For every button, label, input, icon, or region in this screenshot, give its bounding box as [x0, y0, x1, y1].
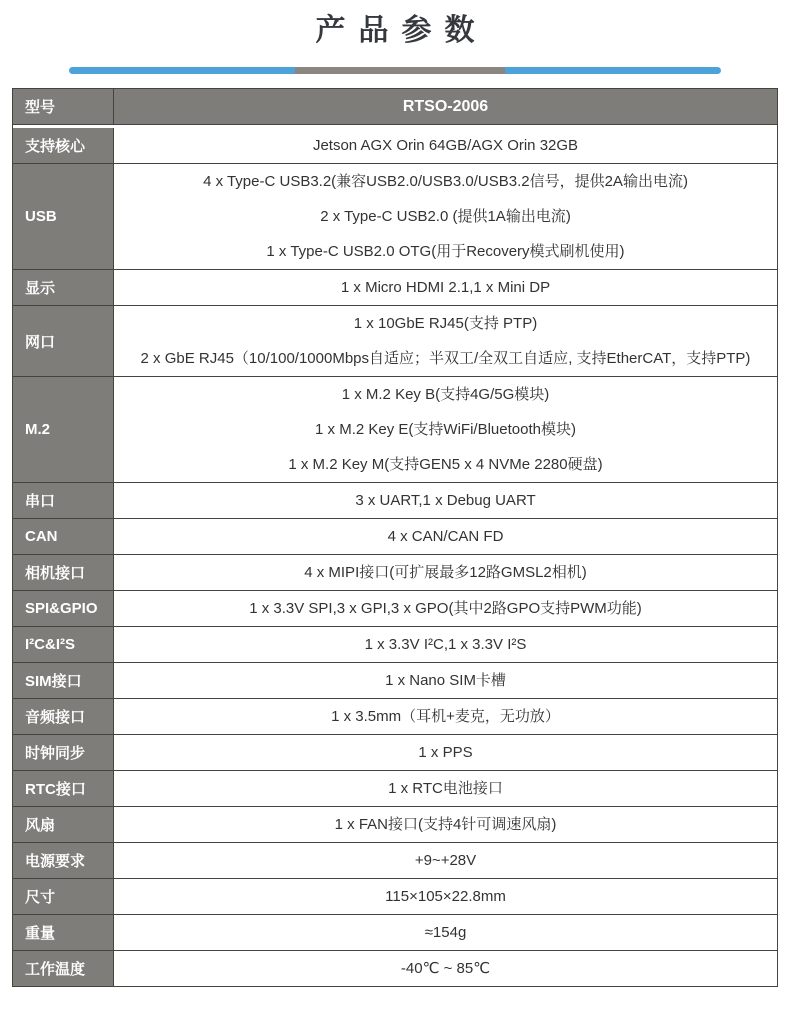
table-row: M.21 x M.2 Key B(支持4G/5G模块)1 x M.2 Key E… [13, 377, 777, 483]
table-row: 相机接口4 x MIPI接口(可扩展最多12路GMSL2相机) [13, 555, 777, 591]
row-value: 1 x PPS [114, 735, 777, 770]
table-row: 风扇1 x FAN接口(支持4针可调速风扇) [13, 807, 777, 843]
value-line: 4 x Type-C USB3.2(兼容USB2.0/USB3.0/USB3.2… [114, 164, 777, 199]
row-label: SPI&GPIO [13, 591, 114, 626]
value-line: 1 x 3.3V I²C,1 x 3.3V I²S [114, 627, 777, 662]
spec-table: 型号RTSO-2006支持核心Jetson AGX Orin 64GB/AGX … [12, 88, 778, 987]
row-label: 型号 [13, 89, 114, 124]
value-line: 1 x 10GbE RJ45(支持 PTP) [114, 306, 777, 341]
value-line: 1 x Micro HDMI 2.1,1 x Mini DP [114, 270, 777, 305]
row-label: 电源要求 [13, 843, 114, 878]
divider-blue-right-segment [505, 67, 721, 74]
page-title-text: 产品参数 [303, 14, 488, 47]
value-line: 4 x MIPI接口(可扩展最多12路GMSL2相机) [114, 555, 777, 590]
value-line: 3 x UART,1 x Debug UART [114, 483, 777, 518]
row-value: 115×105×22.8mm [114, 879, 777, 914]
row-value: 4 x CAN/CAN FD [114, 519, 777, 554]
row-label: SIM接口 [13, 663, 114, 698]
table-row: 时钟同步1 x PPS [13, 735, 777, 771]
row-value: Jetson AGX Orin 64GB/AGX Orin 32GB [114, 128, 777, 163]
table-row: 音频接口1 x 3.5mm（耳机+麦克，无功放） [13, 699, 777, 735]
value-line: 1 x Nano SIM卡槽 [114, 663, 777, 698]
row-value: 1 x FAN接口(支持4针可调速风扇) [114, 807, 777, 842]
value-line: 1 x Type-C USB2.0 OTG(用于Recovery模式刷机使用) [114, 234, 777, 269]
value-line: Jetson AGX Orin 64GB/AGX Orin 32GB [114, 128, 777, 163]
page-title: 产品参数 [0, 10, 790, 52]
value-line: RTSO-2006 [114, 89, 777, 124]
table-row: 工作温度-40℃ ~ 85℃ [13, 951, 777, 986]
row-value: -40℃ ~ 85℃ [114, 951, 777, 986]
value-line: +9~+28V [114, 843, 777, 878]
table-row: RTC接口1 x RTC电池接口 [13, 771, 777, 807]
value-line: 1 x 3.3V SPI,3 x GPI,3 x GPO(其中2路GPO支持PW… [114, 591, 777, 626]
row-label: 工作温度 [13, 951, 114, 986]
table-row: SPI&GPIO1 x 3.3V SPI,3 x GPI,3 x GPO(其中2… [13, 591, 777, 627]
table-row: 支持核心Jetson AGX Orin 64GB/AGX Orin 32GB [13, 128, 777, 164]
value-line: 2 x Type-C USB2.0 (提供1A输出电流) [114, 199, 777, 234]
row-value: RTSO-2006 [114, 89, 777, 124]
value-line: -40℃ ~ 85℃ [114, 951, 777, 986]
table-row: 网口1 x 10GbE RJ45(支持 PTP)2 x GbE RJ45（10/… [13, 306, 777, 377]
value-line: 1 x PPS [114, 735, 777, 770]
row-value: 1 x 3.3V SPI,3 x GPI,3 x GPO(其中2路GPO支持PW… [114, 591, 777, 626]
row-label: 时钟同步 [13, 735, 114, 770]
table-row: 重量≈154g [13, 915, 777, 951]
row-label: 尺寸 [13, 879, 114, 914]
row-label: I²C&I²S [13, 627, 114, 662]
value-line: 2 x GbE RJ45（10/100/1000Mbps自适应；半双工/全双工自… [114, 341, 777, 376]
row-value: 1 x 3.5mm（耳机+麦克，无功放） [114, 699, 777, 734]
row-value: 1 x 3.3V I²C,1 x 3.3V I²S [114, 627, 777, 662]
row-label: CAN [13, 519, 114, 554]
title-divider [69, 67, 721, 74]
value-line: 1 x FAN接口(支持4针可调速风扇) [114, 807, 777, 842]
table-row: 尺寸115×105×22.8mm [13, 879, 777, 915]
table-row: 电源要求+9~+28V [13, 843, 777, 879]
row-value: 1 x RTC电池接口 [114, 771, 777, 806]
value-line: 1 x M.2 Key M(支持GEN5 x 4 NVMe 2280硬盘) [114, 447, 777, 482]
table-row: 串口3 x UART,1 x Debug UART [13, 483, 777, 519]
table-row: CAN4 x CAN/CAN FD [13, 519, 777, 555]
value-line: ≈154g [114, 915, 777, 950]
value-line: 1 x 3.5mm（耳机+麦克，无功放） [114, 699, 777, 734]
value-line: 1 x M.2 Key B(支持4G/5G模块) [114, 377, 777, 412]
row-label: 串口 [13, 483, 114, 518]
table-row: 显示1 x Micro HDMI 2.1,1 x Mini DP [13, 270, 777, 306]
table-row: 型号RTSO-2006 [13, 89, 777, 125]
row-label: 网口 [13, 306, 114, 376]
row-label: 风扇 [13, 807, 114, 842]
row-value: 3 x UART,1 x Debug UART [114, 483, 777, 518]
value-line: 1 x M.2 Key E(支持WiFi/Bluetooth模块) [114, 412, 777, 447]
row-label: 相机接口 [13, 555, 114, 590]
row-value: 1 x 10GbE RJ45(支持 PTP)2 x GbE RJ45（10/10… [114, 306, 777, 376]
value-line: 115×105×22.8mm [114, 879, 777, 914]
row-value: ≈154g [114, 915, 777, 950]
row-value: +9~+28V [114, 843, 777, 878]
divider-blue-left-segment [69, 67, 295, 74]
row-label: 支持核心 [13, 128, 114, 163]
row-label: 显示 [13, 270, 114, 305]
row-label: RTC接口 [13, 771, 114, 806]
row-label: USB [13, 164, 114, 269]
product-spec-page: 产品参数 型号RTSO-2006支持核心Jetson AGX Orin 64GB… [0, 0, 790, 1013]
row-label: 音频接口 [13, 699, 114, 734]
divider-gray-middle-segment [295, 67, 505, 74]
table-row: I²C&I²S1 x 3.3V I²C,1 x 3.3V I²S [13, 627, 777, 663]
row-value: 4 x Type-C USB3.2(兼容USB2.0/USB3.0/USB3.2… [114, 164, 777, 269]
row-value: 1 x Micro HDMI 2.1,1 x Mini DP [114, 270, 777, 305]
row-label: 重量 [13, 915, 114, 950]
row-value: 1 x M.2 Key B(支持4G/5G模块)1 x M.2 Key E(支持… [114, 377, 777, 482]
value-line: 1 x RTC电池接口 [114, 771, 777, 806]
table-row: SIM接口1 x Nano SIM卡槽 [13, 663, 777, 699]
row-label: M.2 [13, 377, 114, 482]
table-row: USB4 x Type-C USB3.2(兼容USB2.0/USB3.0/USB… [13, 164, 777, 270]
row-value: 1 x Nano SIM卡槽 [114, 663, 777, 698]
row-value: 4 x MIPI接口(可扩展最多12路GMSL2相机) [114, 555, 777, 590]
value-line: 4 x CAN/CAN FD [114, 519, 777, 554]
